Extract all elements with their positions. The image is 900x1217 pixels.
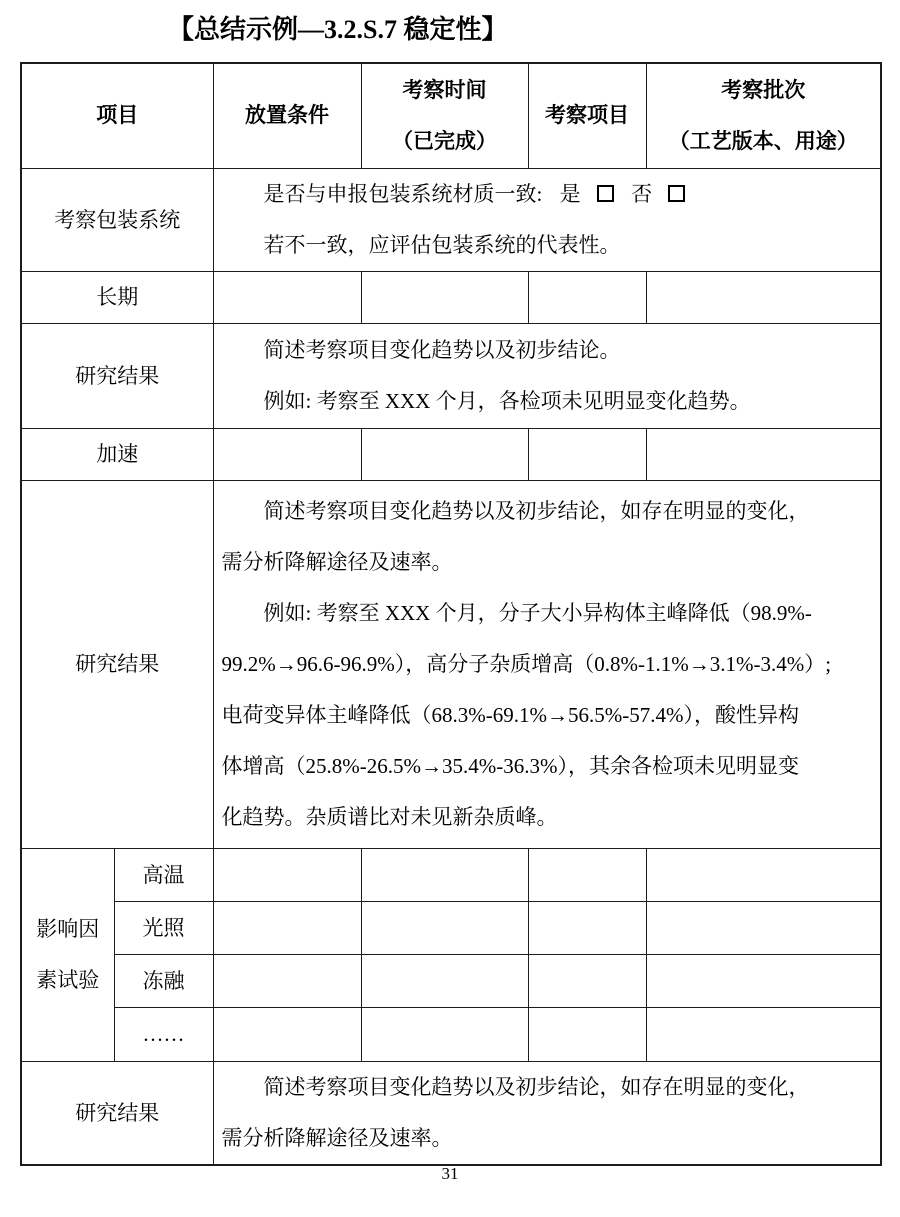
table-header-row: 项目 放置条件 考察时间 （已完成） 考察项目 考察批次 （工艺版本、用途） (21, 63, 881, 168)
empty-cell (361, 1007, 528, 1061)
text-line: 需分析降解途径及速率。 (222, 1113, 873, 1164)
row-label-packaging-system: 考察包装系统 (21, 168, 213, 271)
empty-cell (213, 428, 361, 480)
result-accelerated-content: 简述考察项目变化趋势以及初步结论，如存在明显的变化， 需分析降解途径及速率。 例… (213, 480, 881, 848)
row-label-high-temp: 高温 (114, 848, 213, 901)
packaging-question: 是否与申报包装系统材质一致: (264, 182, 543, 206)
text-line: 需分析降解途径及速率。 (222, 537, 873, 588)
empty-cell (528, 1007, 646, 1061)
text-line: 电荷变异体主峰降低（68.3%-69.1%→56.5%-57.4%），酸性异构 (222, 690, 873, 741)
table-row-stress-others: …… (21, 1007, 881, 1061)
row-label-result-accelerated: 研究结果 (21, 480, 213, 848)
row-label-text: 光照 (115, 915, 213, 941)
row-label-freeze-thaw: 冻融 (114, 954, 213, 1007)
row-label-light: 光照 (114, 901, 213, 954)
packaging-question-line: 是否与申报包装系统材质一致: 是 否 (222, 169, 873, 220)
text-line: 化趋势。杂质谱比对未见新杂质峰。 (222, 792, 873, 843)
row-label-stress-test: 影响因 素试验 (21, 848, 114, 1061)
header-text: 考察项目 (529, 90, 646, 141)
header-cell-observation-time: 考察时间 （已完成） (361, 63, 528, 168)
header-text: 考察时间 (362, 65, 528, 116)
empty-cell (646, 848, 881, 901)
header-cell-project: 项目 (21, 63, 213, 168)
header-text: （工艺版本、用途） (647, 116, 881, 167)
stability-summary-table: 项目 放置条件 考察时间 （已完成） 考察项目 考察批次 （工艺版本、用途） 考… (20, 62, 882, 1166)
table-row-result-stress: 研究结果 简述考察项目变化趋势以及初步结论，如存在明显的变化， 需分析降解途径及… (21, 1061, 881, 1165)
empty-cell (361, 901, 528, 954)
empty-cell (213, 1007, 361, 1061)
header-text: 考察批次 (647, 65, 881, 116)
empty-cell (528, 271, 646, 323)
empty-cell (213, 848, 361, 901)
row-label-text: …… (115, 1021, 213, 1047)
row-label-long-term: 长期 (21, 271, 213, 323)
row-label-text: 冻融 (115, 968, 213, 994)
header-cell-observation-items: 考察项目 (528, 63, 646, 168)
table-row-stress-high-temp: 影响因 素试验 高温 (21, 848, 881, 901)
empty-cell (361, 428, 528, 480)
row-label-text: 研究结果 (22, 1100, 213, 1126)
no-label: 否 (631, 182, 652, 206)
yes-checkbox-icon (597, 185, 614, 202)
yes-label: 是 (560, 182, 581, 206)
text-line: 99.2%→96.6-96.9%），高分子杂质增高（0.8%-1.1%→3.1%… (222, 639, 873, 690)
header-text: 放置条件 (214, 90, 361, 141)
row-label-result-long-term: 研究结果 (21, 323, 213, 428)
row-label-text: 研究结果 (22, 651, 213, 677)
table-row-accelerated: 加速 (21, 428, 881, 480)
empty-cell (361, 271, 528, 323)
empty-cell (528, 901, 646, 954)
row-label-result-stress: 研究结果 (21, 1061, 213, 1165)
table-row-stress-light: 光照 (21, 901, 881, 954)
header-cell-storage-condition: 放置条件 (213, 63, 361, 168)
row-label-text: 影响因 (22, 904, 114, 955)
page-title: 【总结示例—3.2.S.7 稳定性】 (168, 13, 507, 47)
text-line: 体增高（25.8%-26.5%→35.4%-36.3%），其余各检项未见明显变 (222, 741, 873, 792)
empty-cell (528, 848, 646, 901)
result-stress-content: 简述考察项目变化趋势以及初步结论，如存在明显的变化， 需分析降解途径及速率。 (213, 1061, 881, 1165)
table-row-result-accelerated: 研究结果 简述考察项目变化趋势以及初步结论，如存在明显的变化， 需分析降解途径及… (21, 480, 881, 848)
header-text: 项目 (22, 90, 213, 141)
row-label-text: 加速 (22, 441, 213, 467)
empty-cell (213, 954, 361, 1007)
row-label-text: 高温 (115, 862, 213, 888)
text-line: 例如: 考察至 XXX 个月，各检项未见明显变化趋势。 (222, 376, 873, 427)
text-line: 简述考察项目变化趋势以及初步结论，如存在明显的变化， (222, 1062, 873, 1113)
no-checkbox-icon (668, 185, 685, 202)
row-label-text: 长期 (22, 284, 213, 310)
empty-cell (361, 954, 528, 1007)
packaging-note-line: 若不一致，应评估包装系统的代表性。 (222, 220, 873, 271)
text-line: 简述考察项目变化趋势以及初步结论，如存在明显的变化， (222, 486, 873, 537)
row-label-accelerated: 加速 (21, 428, 213, 480)
empty-cell (646, 1007, 881, 1061)
header-cell-observation-batches: 考察批次 （工艺版本、用途） (646, 63, 881, 168)
row-label-text: 考察包装系统 (22, 207, 213, 233)
row-label-ellipsis: …… (114, 1007, 213, 1061)
empty-cell (528, 954, 646, 1007)
empty-cell (213, 901, 361, 954)
packaging-system-content: 是否与申报包装系统材质一致: 是 否 若不一致，应评估包装系统的代表性。 (213, 168, 881, 271)
table-row-stress-freeze-thaw: 冻融 (21, 954, 881, 1007)
row-label-text: 素试验 (22, 955, 114, 1006)
text-line: 例如: 考察至 XXX 个月，分子大小异构体主峰降低（98.9%- (222, 588, 873, 639)
empty-cell (646, 428, 881, 480)
page-number: 31 (0, 1164, 900, 1184)
empty-cell (361, 848, 528, 901)
empty-cell (646, 954, 881, 1007)
empty-cell (528, 428, 646, 480)
table-row-result-long-term: 研究结果 简述考察项目变化趋势以及初步结论。 例如: 考察至 XXX 个月，各检… (21, 323, 881, 428)
empty-cell (213, 271, 361, 323)
result-long-term-content: 简述考察项目变化趋势以及初步结论。 例如: 考察至 XXX 个月，各检项未见明显… (213, 323, 881, 428)
text-line: 简述考察项目变化趋势以及初步结论。 (222, 325, 873, 376)
row-label-text: 研究结果 (22, 363, 213, 389)
table-row-packaging: 考察包装系统 是否与申报包装系统材质一致: 是 否 若不一致，应评估包装系统的代… (21, 168, 881, 271)
header-text: （已完成） (362, 116, 528, 167)
empty-cell (646, 271, 881, 323)
empty-cell (646, 901, 881, 954)
table-row-long-term: 长期 (21, 271, 881, 323)
